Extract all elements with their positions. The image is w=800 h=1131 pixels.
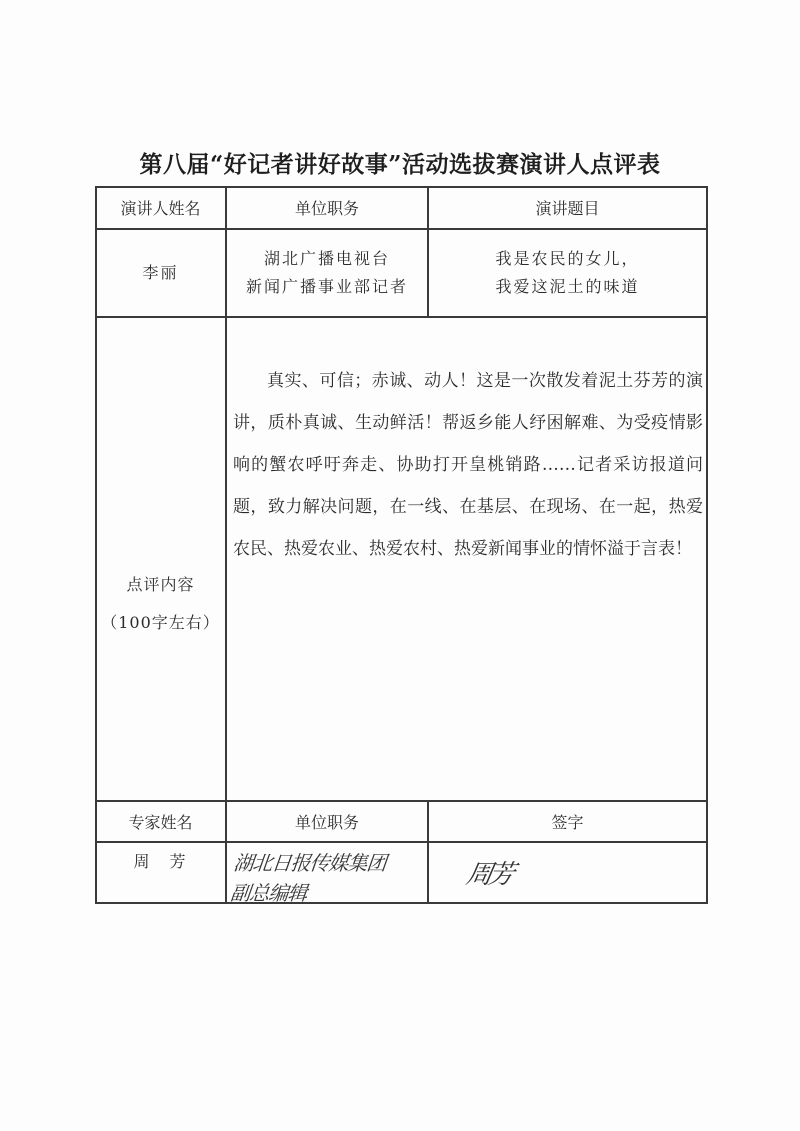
expert-unit-header: 单位职务: [227, 801, 427, 841]
comment-text: 真实、可信；赤诚、动人！这是一次散发着泥土芬芳的演讲，质朴真诚、生动鲜活！帮返乡…: [233, 360, 703, 570]
form-title: 第八届“好记者讲好故事”活动选拔赛演讲人点评表: [0, 146, 800, 179]
comment-label-text: 点评内容: [126, 566, 194, 604]
speaker-topic-line1: 我是农民的女儿，: [495, 245, 639, 273]
table-border-right: [706, 186, 708, 903]
speaker-topic-line2: 我爱这泥土的味道: [495, 273, 639, 301]
comment-sublabel: （100字左右）: [101, 604, 220, 642]
speaker-unit: 湖北广播电视台 新闻广播事业部记者: [227, 229, 427, 316]
comment-label: 点评内容 （100字左右）: [96, 317, 225, 800]
speaker-name: 李丽: [96, 229, 225, 316]
expert-unit-line1: 湖北日报传媒集团: [232, 848, 435, 878]
comment-content: 真实、可信；赤诚、动人！这是一次散发着泥土芬芳的演讲，质朴真诚、生动鲜活！帮返乡…: [233, 360, 703, 570]
expert-unit-handwritten: 湖北日报传媒集团 副总编辑: [229, 848, 435, 908]
expert-name-header: 专家姓名: [96, 801, 225, 841]
speaker-topic: 我是农民的女儿， 我爱这泥土的味道: [429, 229, 706, 316]
speaker-topic-header: 演讲题目: [429, 187, 706, 228]
speaker-unit-line1: 湖北广播电视台: [264, 245, 390, 273]
speaker-unit-header: 单位职务: [227, 187, 427, 228]
expert-signature: 周芳: [464, 854, 515, 891]
expert-unit-line2: 副总编辑: [229, 878, 432, 908]
expert-signature-header: 签字: [429, 801, 706, 841]
speaker-name-header: 演讲人姓名: [96, 187, 225, 228]
expert-name: 周 芳: [96, 842, 225, 882]
speaker-unit-line2: 新闻广播事业部记者: [246, 273, 408, 301]
